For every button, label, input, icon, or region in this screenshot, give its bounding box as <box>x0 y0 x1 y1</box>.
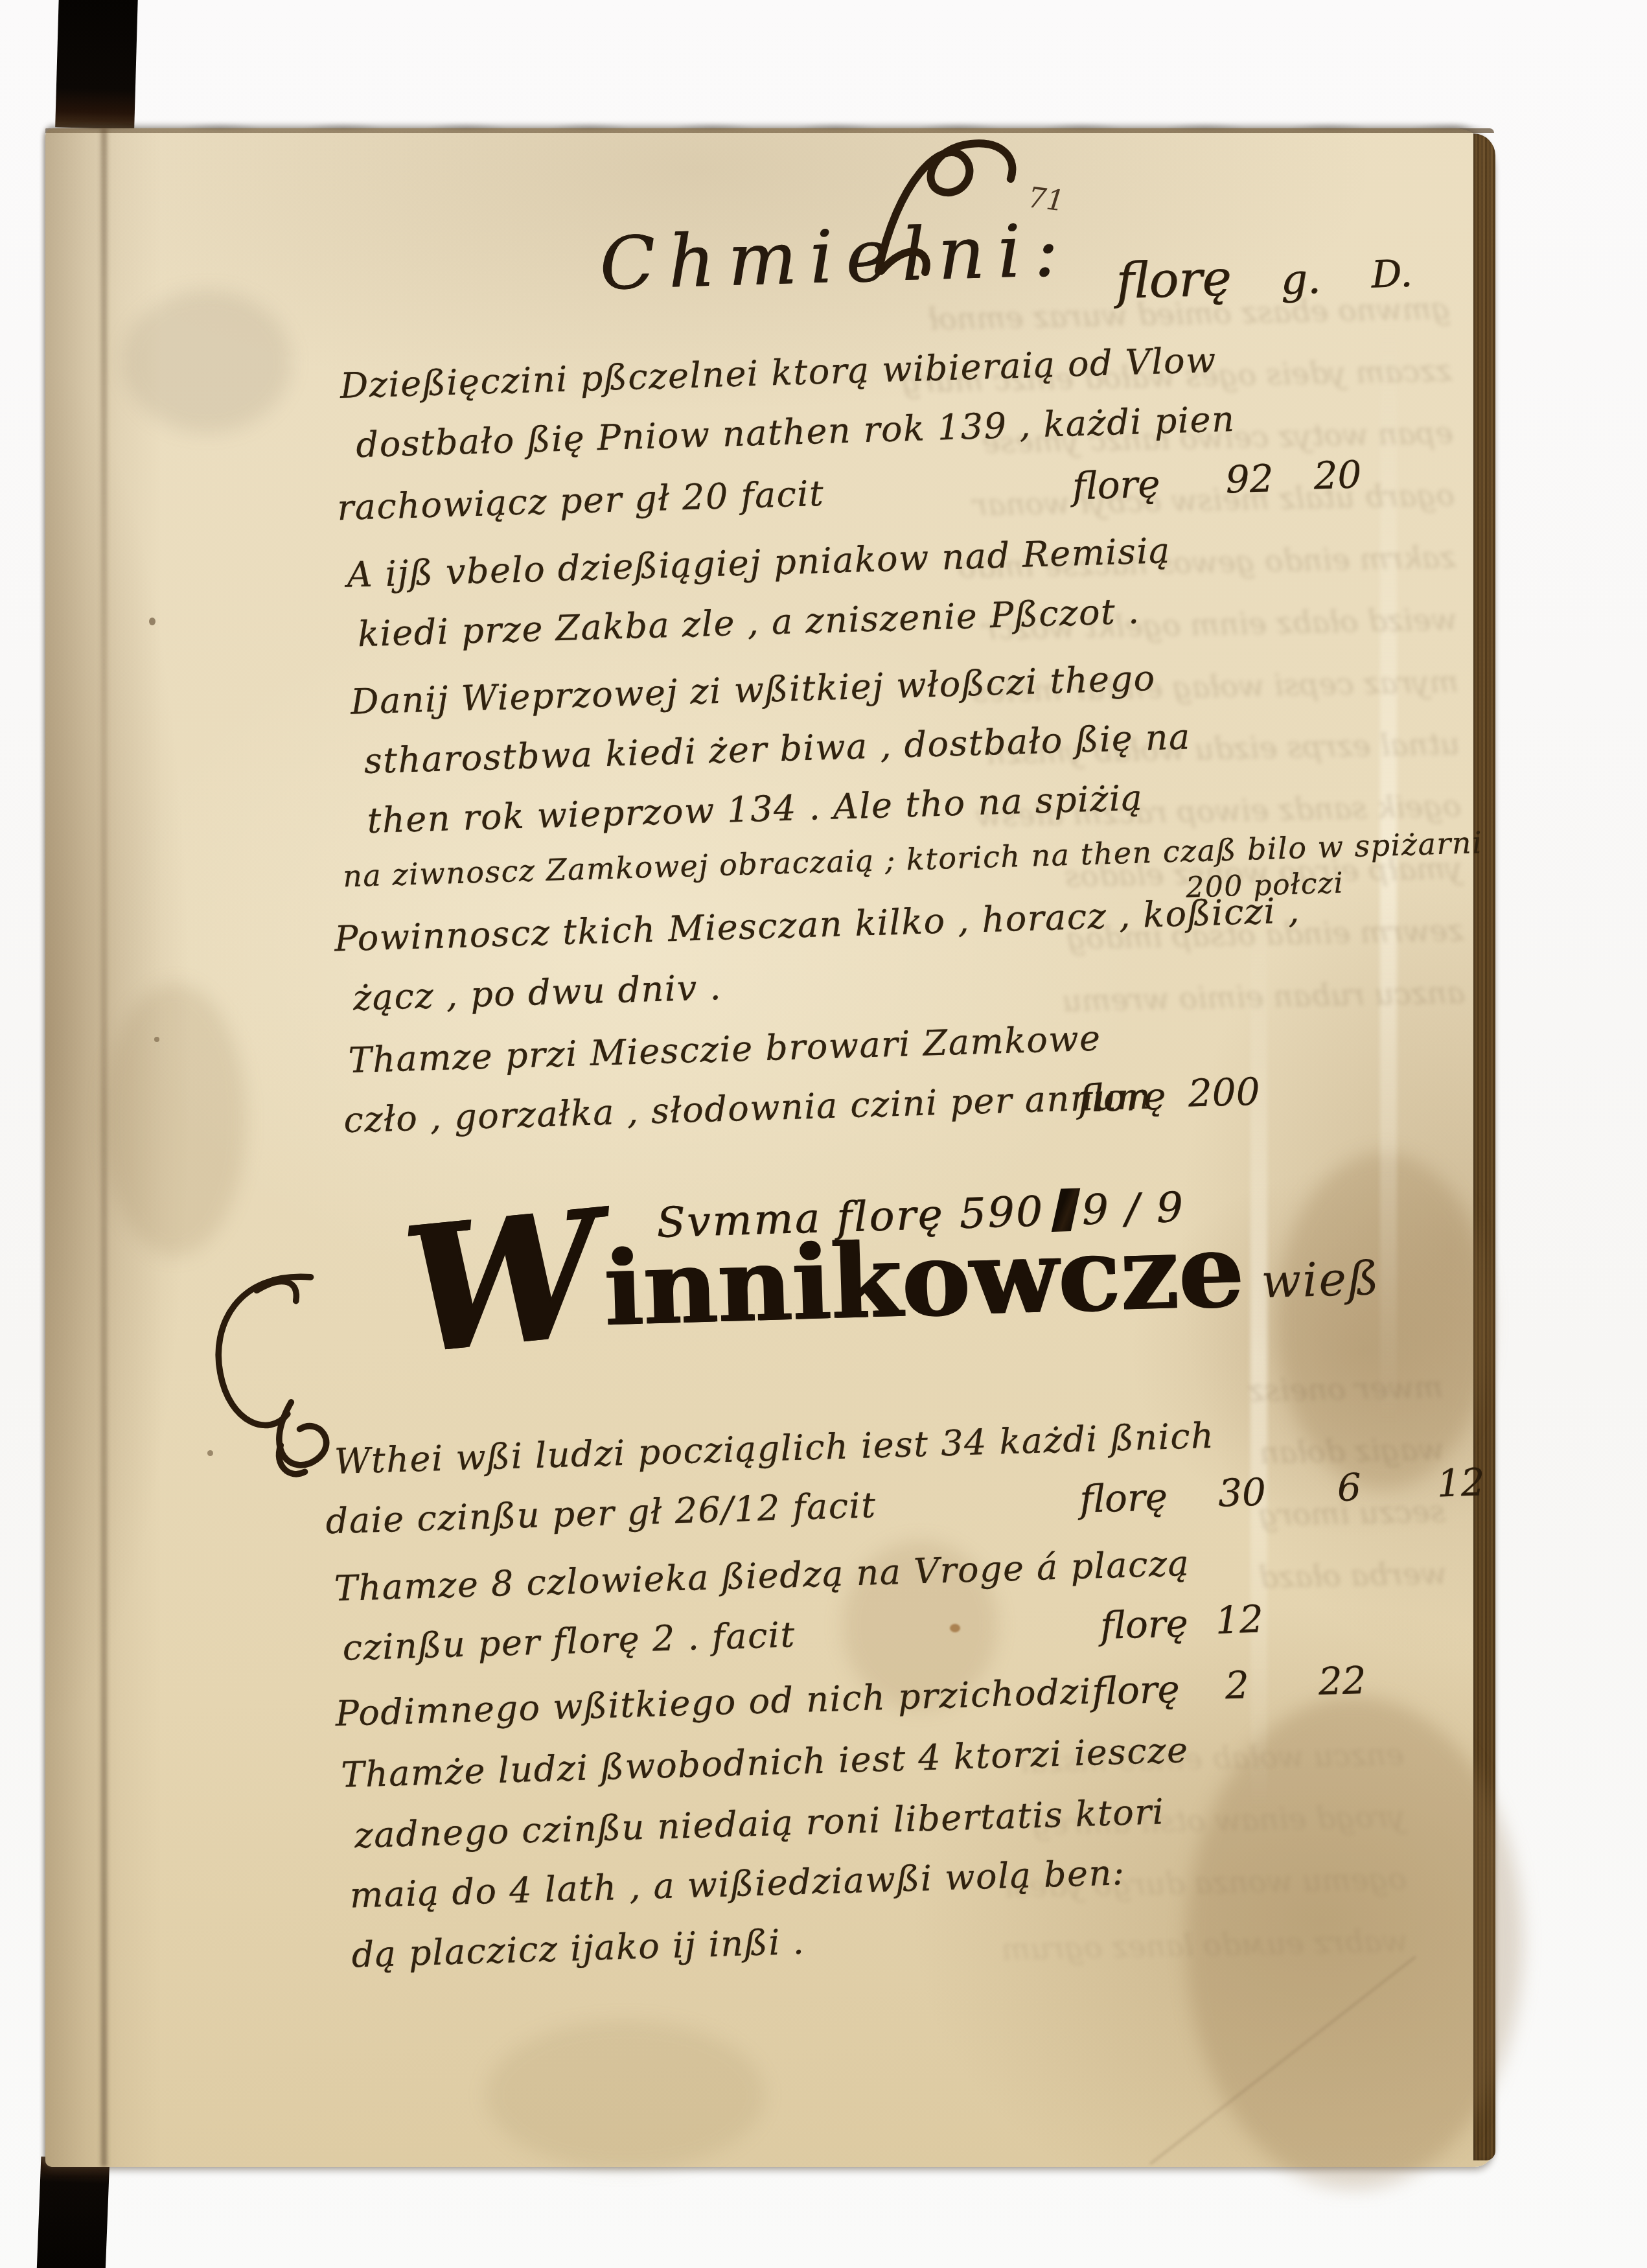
column-header-denars: D. <box>1370 251 1412 297</box>
manuscript-line: maią do 4 lath , a wißiedziawßi wolą ben… <box>349 1852 1125 1915</box>
scanned-manuscript: { "scan": { "page_number": "71" }, "head… <box>0 0 1647 2268</box>
column-header-groschen: g. <box>1280 255 1321 305</box>
manuscript-line: Danij Wieprzowej zi wßitkiej włoßczi the… <box>350 658 1156 723</box>
amount-currency-label: florę <box>1077 1074 1167 1121</box>
manuscript-line: dostbało ßię Pniow nathen rok 139 , każd… <box>356 399 1236 465</box>
amount-groschen: 6 <box>1337 1465 1362 1510</box>
manuscript-line: Thamze 8 czlowieka ßiedzą na Vroge á pla… <box>334 1543 1190 1609</box>
manuscript-line: kiedi prze Zakba zle , a zniszenie Pßczo… <box>357 590 1140 654</box>
amount-groschen: 22 <box>1318 1658 1367 1704</box>
bookmark-ribbon-bottom <box>37 2157 110 2268</box>
manuscript-line: daie czinßu per gł 26/12 facit <box>325 1485 877 1542</box>
heading-suffix: wieß <box>1260 1251 1381 1308</box>
manuscript-line: then rok wieprzow 134 . Ale tho na spiżi… <box>367 777 1144 841</box>
manuscript-line: Thamże ludzi ßwobodnich iest 4 ktorzi ie… <box>341 1730 1190 1796</box>
amount-currency-label: florę <box>1100 1601 1189 1648</box>
amount-florins: 12 <box>1215 1597 1264 1643</box>
amount-groschen: 20 <box>1313 452 1363 498</box>
manuscript-line: żącz , po dwu dniv . <box>352 967 722 1019</box>
manuscript-page: gmwno ebasz omied wuraz emnoł zzcam ydei… <box>45 128 1494 2167</box>
amount-denars: 12 <box>1436 1460 1486 1505</box>
handwriting-layer: 71 Chmielni: florę g. D. Dzießięczini pß… <box>41 87 1549 2168</box>
manuscript-line: dą placzicz ijako ij inßi . <box>351 1921 805 1976</box>
heading-initial: W <box>398 1209 605 1358</box>
amount-currency-label: florę <box>1091 1667 1181 1713</box>
manuscript-line: zadnego czinßu niedaią roni libertatis k… <box>354 1791 1165 1856</box>
amount-florins: 2 <box>1225 1663 1250 1707</box>
amount-florins: 200 <box>1188 1069 1261 1115</box>
manuscript-line: czło , gorzałka , słodownia czini per an… <box>343 1076 1152 1140</box>
column-header-florins: florę <box>1115 249 1232 310</box>
manuscript-line: Thamze przi Miesczie browari Zamkowe <box>348 1018 1102 1081</box>
amount-currency-label: florę <box>1079 1475 1168 1522</box>
bookmark-ribbon-top <box>55 0 138 130</box>
manuscript-line: A ijß vbelo dzießiągiej pniakow nad Remi… <box>347 530 1171 596</box>
amount-florins: 30 <box>1217 1470 1267 1515</box>
manuscript-line: Wthei wßi ludzi pocziąglich iest 34 każd… <box>334 1415 1215 1482</box>
manuscript-line: czinßu per florę 2 . facit <box>342 1614 796 1669</box>
section-heading-winnikowcze: W innikowcze wieß <box>402 1192 1381 1351</box>
manuscript-line: Powinnoscz tkich Miesczan kilko , horacz… <box>334 890 1300 959</box>
manuscript-line: rachowiącz per gł 20 facit <box>336 473 825 528</box>
manuscript-line: Podimnego wßitkiego od nich przichodzi <box>335 1671 1092 1734</box>
amount-florins: 92 <box>1225 456 1274 502</box>
amount-currency-label: florę <box>1072 461 1161 508</box>
manuscript-line: stharostbwa kiedi żer biwa , dostbało ßi… <box>363 716 1192 781</box>
manuscript-line: Dzießięczini pßczelnei ktorą wibieraią o… <box>340 340 1217 406</box>
calligraphic-flourish <box>851 126 1050 283</box>
heading-rest: innikowcze <box>602 1216 1245 1345</box>
